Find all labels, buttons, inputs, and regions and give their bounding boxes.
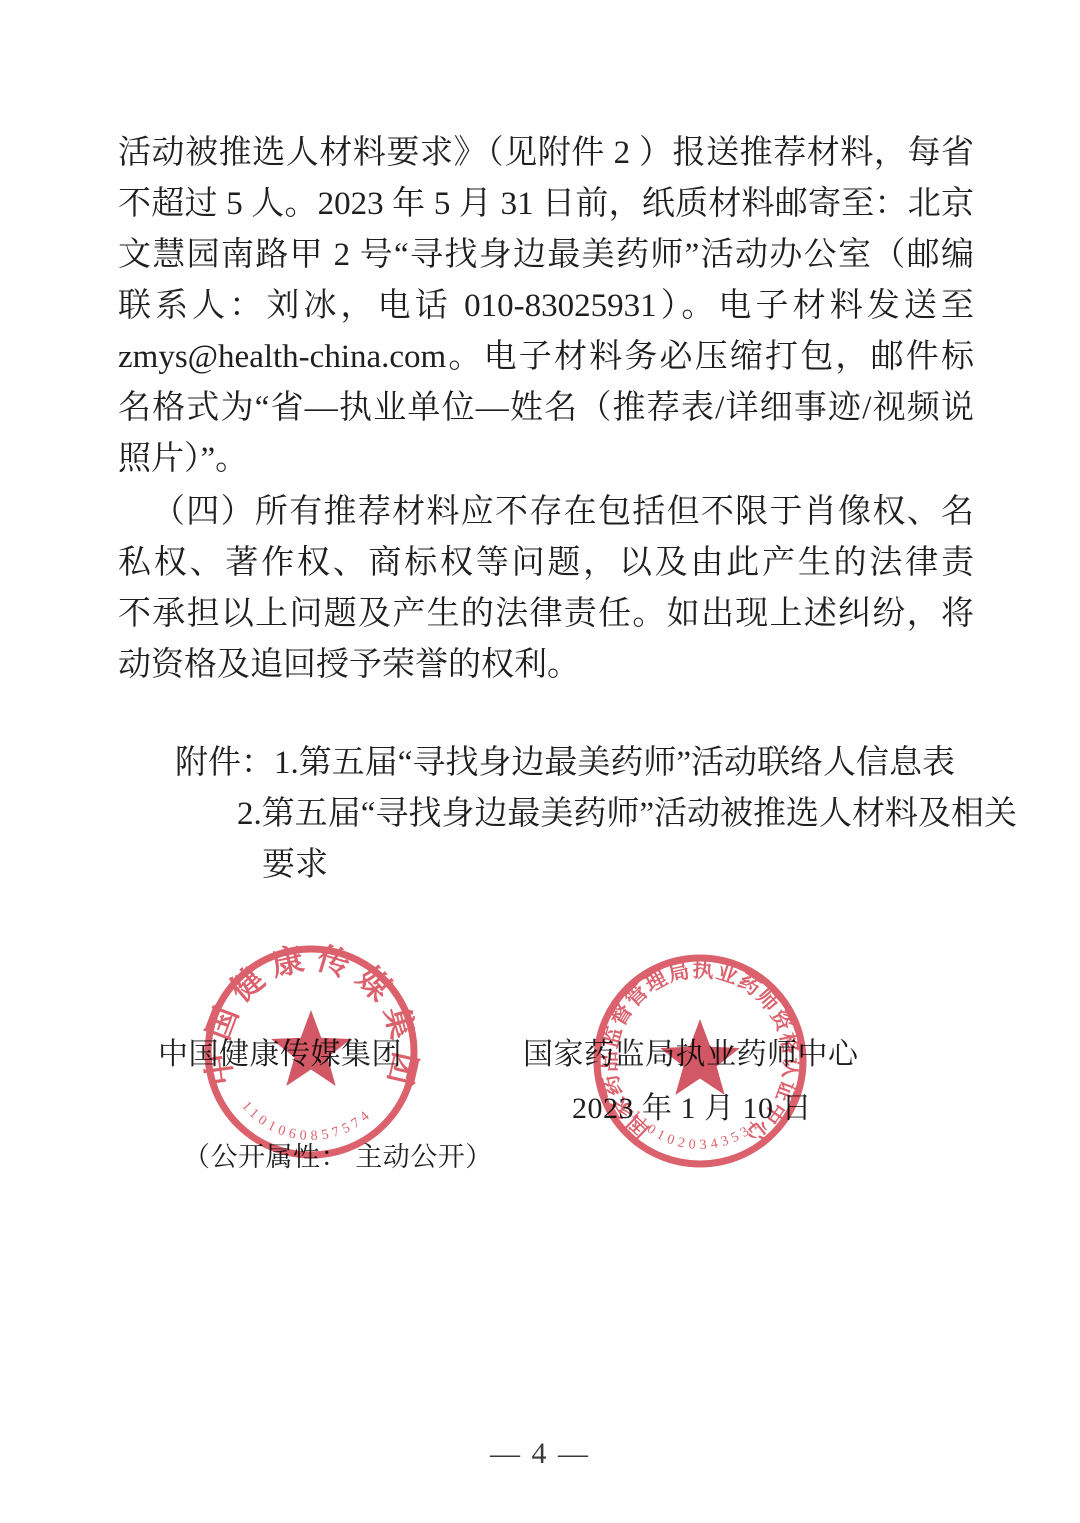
body-line: zmys@health-china.com。电子材料务必压缩打包，邮件标题及各文… (118, 332, 974, 383)
document-page: 活动被推选人材料要求》（见附件 2 ）报送推荐材料，每省推荐人数 不超过 5 人… (0, 0, 1080, 1523)
seal-ring-text: 中国健康传媒集团 (198, 939, 424, 1097)
body-line: 不超过 5 人。2023 年 5 月 31 日前，纸质材料邮寄至：北京市海淀区 (118, 179, 974, 230)
body-line: 私权、著作权、商标权等问题，以及由此产生的法律责任。主办方亦 (118, 538, 974, 589)
right-organization-name: 国家药监局执业药师中心 (523, 1038, 859, 1072)
attachment-item-2-continuation: 要求 (175, 840, 1017, 891)
attachment-item-1: 附件：1.第五届“寻找身边最美药师”活动联络人信息表 (175, 738, 1017, 789)
body-line: 活动被推选人材料要求》（见附件 2 ）报送推荐材料，每省推荐人数 (118, 128, 974, 179)
paragraph-1: 活动被推选人材料要求》（见附件 2 ）报送推荐材料，每省推荐人数 不超过 5 人… (118, 128, 974, 485)
disclosure-attribute: （公开属性： 主动公开） (183, 1140, 493, 1174)
svg-text:1101060857574: 1101060857574 (238, 1099, 376, 1144)
seal-number: 1101060857574 (238, 1099, 376, 1144)
body-line: 动资格及追回授予荣誉的权利。 (118, 640, 974, 691)
attachment-item-2: 2.第五届“寻找身边最美药师”活动被推选人材料及相关 (175, 789, 1017, 840)
body-line: 不承担以上问题及产生的法律责任。如出现上述纠纷，将保留取消活 (118, 589, 974, 640)
paragraph-2: （四）所有推荐材料应不存在包括但不限于肖像权、名誉权、隐 私权、著作权、商标权等… (118, 487, 974, 691)
body-line: 名格式为“省—执业单位—姓名（推荐表/详细事迹/视频说明/视频/ (118, 383, 974, 434)
page-number: — 4 — (0, 1437, 1080, 1471)
body-line: 联系人：刘冰，电话 010-83025931）。电子材料发送至 (118, 281, 974, 332)
body-line: 文慧园南路甲 2 号“寻找身边最美药师”活动办公室（邮编 100082， (118, 230, 974, 281)
body-line: （四）所有推荐材料应不存在包括但不限于肖像权、名誉权、隐 (118, 487, 974, 538)
attachments-block: 附件：1.第五届“寻找身边最美药师”活动联络人信息表 2.第五届“寻找身边最美药… (175, 738, 1017, 891)
document-date: 2023 年 1 月 10 日 (572, 1092, 812, 1126)
body-line: 照片）”。 (118, 434, 974, 485)
left-organization-name: 中国健康传媒集团 (158, 1038, 402, 1072)
svg-text:中国健康传媒集团: 中国健康传媒集团 (198, 939, 424, 1097)
